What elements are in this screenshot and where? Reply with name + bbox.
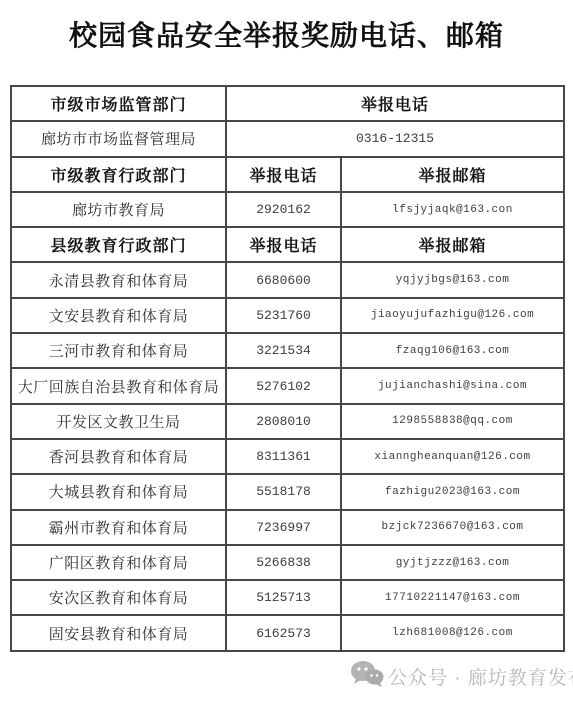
email-cell: lzh681008@126.com <box>341 615 564 650</box>
department-cell: 开发区文教卫生局 <box>11 404 226 439</box>
table-row: 广阳区教育和体育局5266838gyjtjzzz@163.com <box>11 545 564 580</box>
table-row: 廊坊市市场监督管理局0316-12315 <box>11 121 564 156</box>
phone-cell: 2920162 <box>226 192 341 227</box>
table-row: 大厂回族自治县教育和体育局5276102jujianchashi@sina.co… <box>11 368 564 403</box>
department-cell: 大厂回族自治县教育和体育局 <box>11 368 226 403</box>
department-cell: 安次区教育和体育局 <box>11 580 226 615</box>
department-cell: 廊坊市市场监督管理局 <box>11 121 226 156</box>
wechat-icon <box>350 660 384 693</box>
watermark: 公众号 · 廊坊教育发布 <box>350 660 573 693</box>
email-cell: 1298558838@qq.com <box>341 404 564 439</box>
table-row: 廊坊市教育局2920162lfsjyjaqk@163.con <box>11 192 564 227</box>
phone-cell: 8311361 <box>226 439 341 474</box>
department-cell: 香河县教育和体育局 <box>11 439 226 474</box>
email-cell: 17710221147@163.com <box>341 580 564 615</box>
page: 校园食品安全举报奖励电话、邮箱 市级市场监管部门举报电话廊坊市市场监督管理局03… <box>0 0 573 707</box>
phone-cell: 5266838 <box>226 545 341 580</box>
page-title: 校园食品安全举报奖励电话、邮箱 <box>0 0 573 54</box>
table-row: 霸州市教育和体育局7236997bzjck7236670@163.com <box>11 510 564 545</box>
table-row: 永清县教育和体育局6680600yqjyjbgs@163.com <box>11 262 564 297</box>
header-cell: 举报电话 <box>226 227 341 262</box>
table-row: 大城县教育和体育局5518178fazhigu2023@163.com <box>11 474 564 509</box>
table-row: 固安县教育和体育局6162573lzh681008@126.com <box>11 615 564 650</box>
table-row: 安次区教育和体育局512571317710221147@163.com <box>11 580 564 615</box>
department-cell: 大城县教育和体育局 <box>11 474 226 509</box>
email-cell: xianngheanquan@126.com <box>341 439 564 474</box>
email-cell: jiaoyujufazhigu@126.com <box>341 298 564 333</box>
phone-cell: 6162573 <box>226 615 341 650</box>
phone-cell: 5125713 <box>226 580 341 615</box>
department-cell: 廊坊市教育局 <box>11 192 226 227</box>
email-cell: lfsjyjaqk@163.con <box>341 192 564 227</box>
header-cell: 市级市场监管部门 <box>11 86 226 121</box>
phone-cell: 3221534 <box>226 333 341 368</box>
department-cell: 霸州市教育和体育局 <box>11 510 226 545</box>
watermark-text: 公众号 · 廊坊教育发布 <box>388 663 573 690</box>
phone-cell: 6680600 <box>226 262 341 297</box>
email-cell: bzjck7236670@163.com <box>341 510 564 545</box>
email-cell: gyjtjzzz@163.com <box>341 545 564 580</box>
report-table-body: 市级市场监管部门举报电话廊坊市市场监督管理局0316-12315市级教育行政部门… <box>11 86 564 651</box>
header-cell: 举报电话 <box>226 157 341 192</box>
header-cell: 市级教育行政部门 <box>11 157 226 192</box>
email-cell: fazhigu2023@163.com <box>341 474 564 509</box>
phone-cell: 2808010 <box>226 404 341 439</box>
table-header-row: 县级教育行政部门举报电话举报邮箱 <box>11 227 564 262</box>
phone-cell: 5231760 <box>226 298 341 333</box>
email-cell: yqjyjbgs@163.com <box>341 262 564 297</box>
department-cell: 广阳区教育和体育局 <box>11 545 226 580</box>
header-cell: 举报电话 <box>226 86 564 121</box>
table-header-row: 市级教育行政部门举报电话举报邮箱 <box>11 157 564 192</box>
table-row: 文安县教育和体育局5231760jiaoyujufazhigu@126.com <box>11 298 564 333</box>
phone-cell: 5276102 <box>226 368 341 403</box>
table-row: 三河市教育和体育局3221534fzaqg106@163.com <box>11 333 564 368</box>
department-cell: 固安县教育和体育局 <box>11 615 226 650</box>
phone-cell: 7236997 <box>226 510 341 545</box>
phone-cell: 0316-12315 <box>226 121 564 156</box>
header-cell: 举报邮箱 <box>341 227 564 262</box>
department-cell: 永清县教育和体育局 <box>11 262 226 297</box>
email-cell: fzaqg106@163.com <box>341 333 564 368</box>
department-cell: 文安县教育和体育局 <box>11 298 226 333</box>
department-cell: 三河市教育和体育局 <box>11 333 226 368</box>
email-cell: jujianchashi@sina.com <box>341 368 564 403</box>
table-row: 香河县教育和体育局8311361xianngheanquan@126.com <box>11 439 564 474</box>
phone-cell: 5518178 <box>226 474 341 509</box>
table-header-row: 市级市场监管部门举报电话 <box>11 86 564 121</box>
report-table: 市级市场监管部门举报电话廊坊市市场监督管理局0316-12315市级教育行政部门… <box>10 85 565 652</box>
table-row: 开发区文教卫生局28080101298558838@qq.com <box>11 404 564 439</box>
header-cell: 县级教育行政部门 <box>11 227 226 262</box>
header-cell: 举报邮箱 <box>341 157 564 192</box>
